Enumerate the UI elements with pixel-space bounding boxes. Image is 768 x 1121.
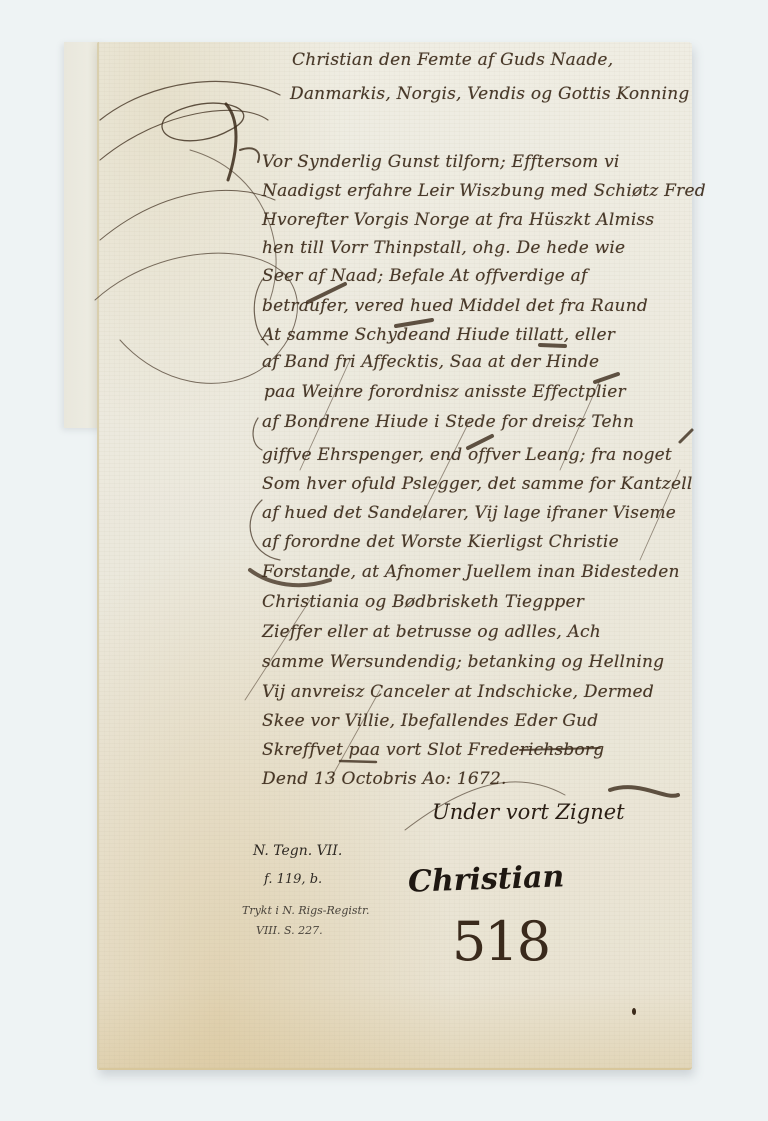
body-line-21: Skreffvet paa vort Slot Frederichsborg [262,740,604,760]
body-line-5: Seer af Naad; Befale At offverdige af [262,266,588,286]
body-line-17: Zieffer eller at betrusse og adlles, Ach [262,622,601,642]
body-line-16: Christiania og Bødbrisketh Tiegpper [262,592,584,612]
body-line-4: hen till Vorr Thinpstall, ohg. De hede w… [262,238,625,258]
margin-note-volume: VIII. S. 227. [256,924,323,937]
body-line-11: giffve Ehrspenger, end offver Leang; fra… [262,445,672,465]
body-line-10: af Bondrene Hiude i Stede for dreisz Teh… [262,412,634,432]
document-stage: Christian den Femte af Guds Naade, Danma… [0,0,768,1121]
body-line-22: Dend 13 Octobris Ao: 1672. [262,769,507,789]
body-line-14: af forordne det Worste Kierligst Christi… [262,532,619,552]
header-line-1: Christian den Femte af Guds Naade, [292,50,613,70]
body-line-3: Hvorefter Vorgis Norge at fra Hüszkt Alm… [262,210,654,230]
body-line-15: Forstande, at Afnomer Juellem inan Bides… [262,562,680,582]
body-line-18: samme Wersundendig; betanking og Hellnin… [262,652,664,672]
margin-note-register: N. Tegn. VII. [253,843,342,859]
margin-note-folio: f. 119, b. [264,872,322,887]
body-line-8: af Band fri Affecktis, Saa at der Hinde [262,352,599,372]
body-line-13: af hued det Sandelarer, Vij lage ifraner… [262,503,676,523]
body-line-7: At samme Schydeand Hiude tillatt, eller [262,325,615,345]
closing-under-seal: Under vort Zignet [432,800,625,824]
body-line-2: Naadigst erfahre Leir Wiszbung med Schiø… [262,181,706,201]
body-line-20: Skee vor Villie, Ibefallendes Eder Gud [262,711,598,731]
body-line-19: Vij anvreisz Canceler at Indschicke, Der… [262,682,654,702]
royal-signature: Christian [407,859,564,899]
margin-note-printed: Trykt i N. Rigs-Registr. [242,904,370,917]
folio-number: 518 [452,910,549,973]
body-line-6: betraufer, vered hued Middel det fra Rau… [262,296,648,316]
body-line-9: paa Weinre forordnisz anisste Effectplie… [264,382,626,402]
body-line-1: Vor Synderlig Gunst tilforn; Efftersom v… [262,152,620,172]
ink-spot [632,1008,636,1015]
header-line-2: Danmarkis, Norgis, Vendis og Gottis Konn… [290,84,689,104]
body-line-12: Som hver ofuld Pslegger, det samme for K… [262,474,693,494]
